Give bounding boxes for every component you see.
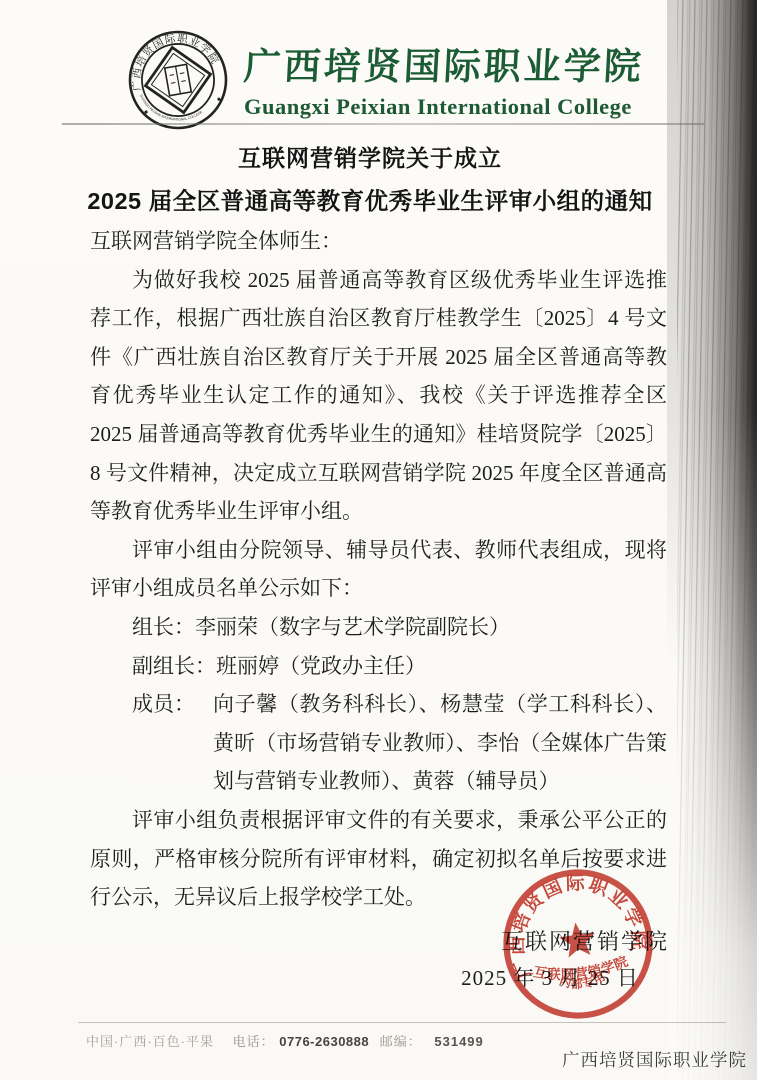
college-name-block: 广西培贤国际职业学院 Guangxi Peixian International… xyxy=(244,28,644,120)
roster-label-deputy: 副组长： xyxy=(132,647,216,686)
scanned-notice-page: 广西培贤国际职业学院 GUANGXI PEIXIAN INTERNATIONAL… xyxy=(0,0,757,1080)
notice-title-line1: 互联网营销学院关于成立 xyxy=(50,137,690,179)
letterhead-divider xyxy=(62,123,704,125)
roster-value-leader: 李丽荣（数字与艺术学院副院长） xyxy=(195,608,667,647)
footer-phone-number: 0776-2630888 xyxy=(279,1034,369,1049)
notice-title: 互联网营销学院关于成立 2025 届全区普通高等教育优秀毕业生评审小组的通知 xyxy=(50,137,690,223)
footer-divider xyxy=(78,1022,726,1023)
notice-title-line2: 2025 届全区普通高等教育优秀毕业生评审小组的通知 xyxy=(50,179,690,223)
paragraph-1: 为做好我校 2025 届普通高等教育区级优秀毕业生评选推荐工作，根据广西壮族自治… xyxy=(90,261,667,531)
roster-value-deputy: 班丽婷（党政办主任） xyxy=(216,647,667,686)
salutation: 互联网营销学院全体师生： xyxy=(90,222,667,261)
roster-label-members: 成员： xyxy=(132,685,195,801)
notice-body: 互联网营销学院全体师生： 为做好我校 2025 届普通高等教育区级优秀毕业生评选… xyxy=(90,222,667,917)
logo-ring-text-en: GUANGXI PEIXIAN INTERNATIONAL COLLEGE xyxy=(139,84,205,128)
seal-star-icon xyxy=(558,920,598,958)
footer-phone-label: 电话： xyxy=(233,1034,275,1049)
college-name-zh: 广西培贤国际职业学院 xyxy=(243,36,646,90)
paragraph-2: 评审小组由分院领导、辅导员代表、教师代表组成，现将评审小组成员名单公示如下： xyxy=(90,531,667,608)
roster-row-deputy: 副组长： 班丽婷（党政办主任） xyxy=(90,647,667,686)
letterhead: 广西培贤国际职业学院 GUANGXI PEIXIAN INTERNATIONAL… xyxy=(126,28,644,132)
footer-contact-line: 中国·广西·百色·平果 电话： 0776-2630888 邮编： 531499 xyxy=(86,1031,484,1050)
college-name-en: Guangxi Peixian International College xyxy=(244,94,644,120)
official-seal: 广西培贤国际职业学院 互联网营销学院 内部专用 xyxy=(489,855,667,1033)
svg-text:广西培贤国际职业学院: 广西培贤国际职业学院 xyxy=(497,863,654,982)
footer-postal-code: 531499 xyxy=(434,1034,483,1049)
roster-value-members: 向子馨（教务科科长）、杨慧莹（学工科科长）、黄昕（市场营销专业教师）、李怡（全媒… xyxy=(213,685,667,801)
footer-postal-label: 邮编： xyxy=(380,1034,422,1049)
roster-row-leader: 组长： 李丽荣（数字与艺术学院副院长） xyxy=(90,608,667,647)
seal-ring-text: 广西培贤国际职业学院 xyxy=(497,863,654,982)
roster-label-leader: 组长： xyxy=(132,608,195,647)
footer-location: 中国·广西·百色·平果 xyxy=(86,1034,214,1049)
corner-watermark-text: 广西培贤国际职业学院 xyxy=(562,1047,747,1072)
roster-row-members: 成员： 向子馨（教务科科长）、杨慧莹（学工科科长）、黄昕（市场营销专业教师）、李… xyxy=(90,685,667,801)
svg-text:GUANGXI PEIXIAN INTERNATIONAL: GUANGXI PEIXIAN INTERNATIONAL COLLEGE xyxy=(139,84,205,128)
